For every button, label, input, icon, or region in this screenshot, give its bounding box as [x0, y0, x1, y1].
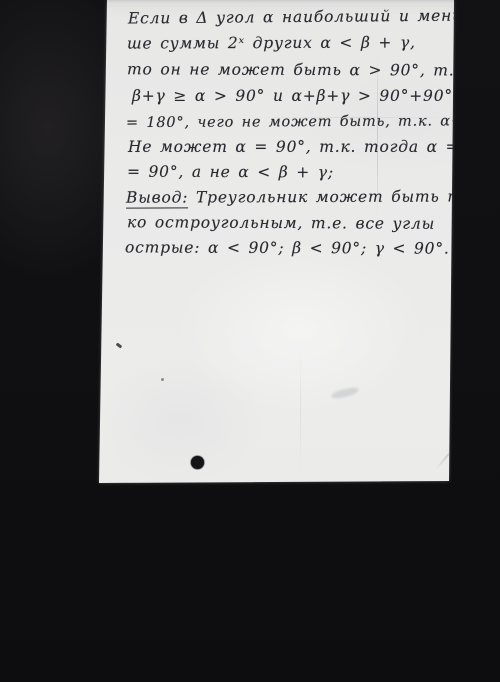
pencil-smudge [330, 386, 359, 401]
handwriting-line: Если в Δ угол α наибольший и мень- [128, 5, 468, 30]
paper-corner-fold [435, 442, 458, 469]
handwriting-line: то он не может быть α > 90°, т.к. тогда [127, 58, 500, 81]
scanner-background: Если в Δ угол α наибольший и мень- ше су… [0, 0, 500, 682]
handwriting-line: ше суммы 2ˣ других α < β + γ, [127, 31, 416, 54]
hole-punch [191, 456, 204, 469]
handwriting-line: Вывод: Треугольник может быть толь- [126, 185, 499, 208]
paper-crease [300, 345, 301, 475]
handwriting-line: острые: α < 90°; β < 90°; γ < 90°. [125, 236, 450, 259]
ink-speck [116, 342, 123, 348]
handwriting-line: = 180°, чего не может быть, т.к. α+β+γ=1… [126, 110, 500, 134]
handwriting-line: = 90°, а не α < β + γ; [127, 161, 334, 184]
paper-sheet-wrap: Если в Δ угол α наибольший и мень- ше су… [0, 0, 500, 682]
conclusion-text: Треугольник может быть толь- [188, 187, 499, 206]
handwriting-line: Не может α = 90°, т.к. тогда α = β+γ = [128, 136, 500, 158]
paper-speck [161, 378, 164, 381]
handwriting-line: β+γ ≥ α > 90° и α+β+γ > 90°+90° = [132, 85, 474, 107]
paper-sheet: Если в Δ угол α наибольший и мень- ше су… [0, 0, 500, 682]
handwriting-line: ко остроугольным, т.е. все углы [127, 211, 435, 235]
conclusion-label: Вывод: [126, 188, 188, 208]
